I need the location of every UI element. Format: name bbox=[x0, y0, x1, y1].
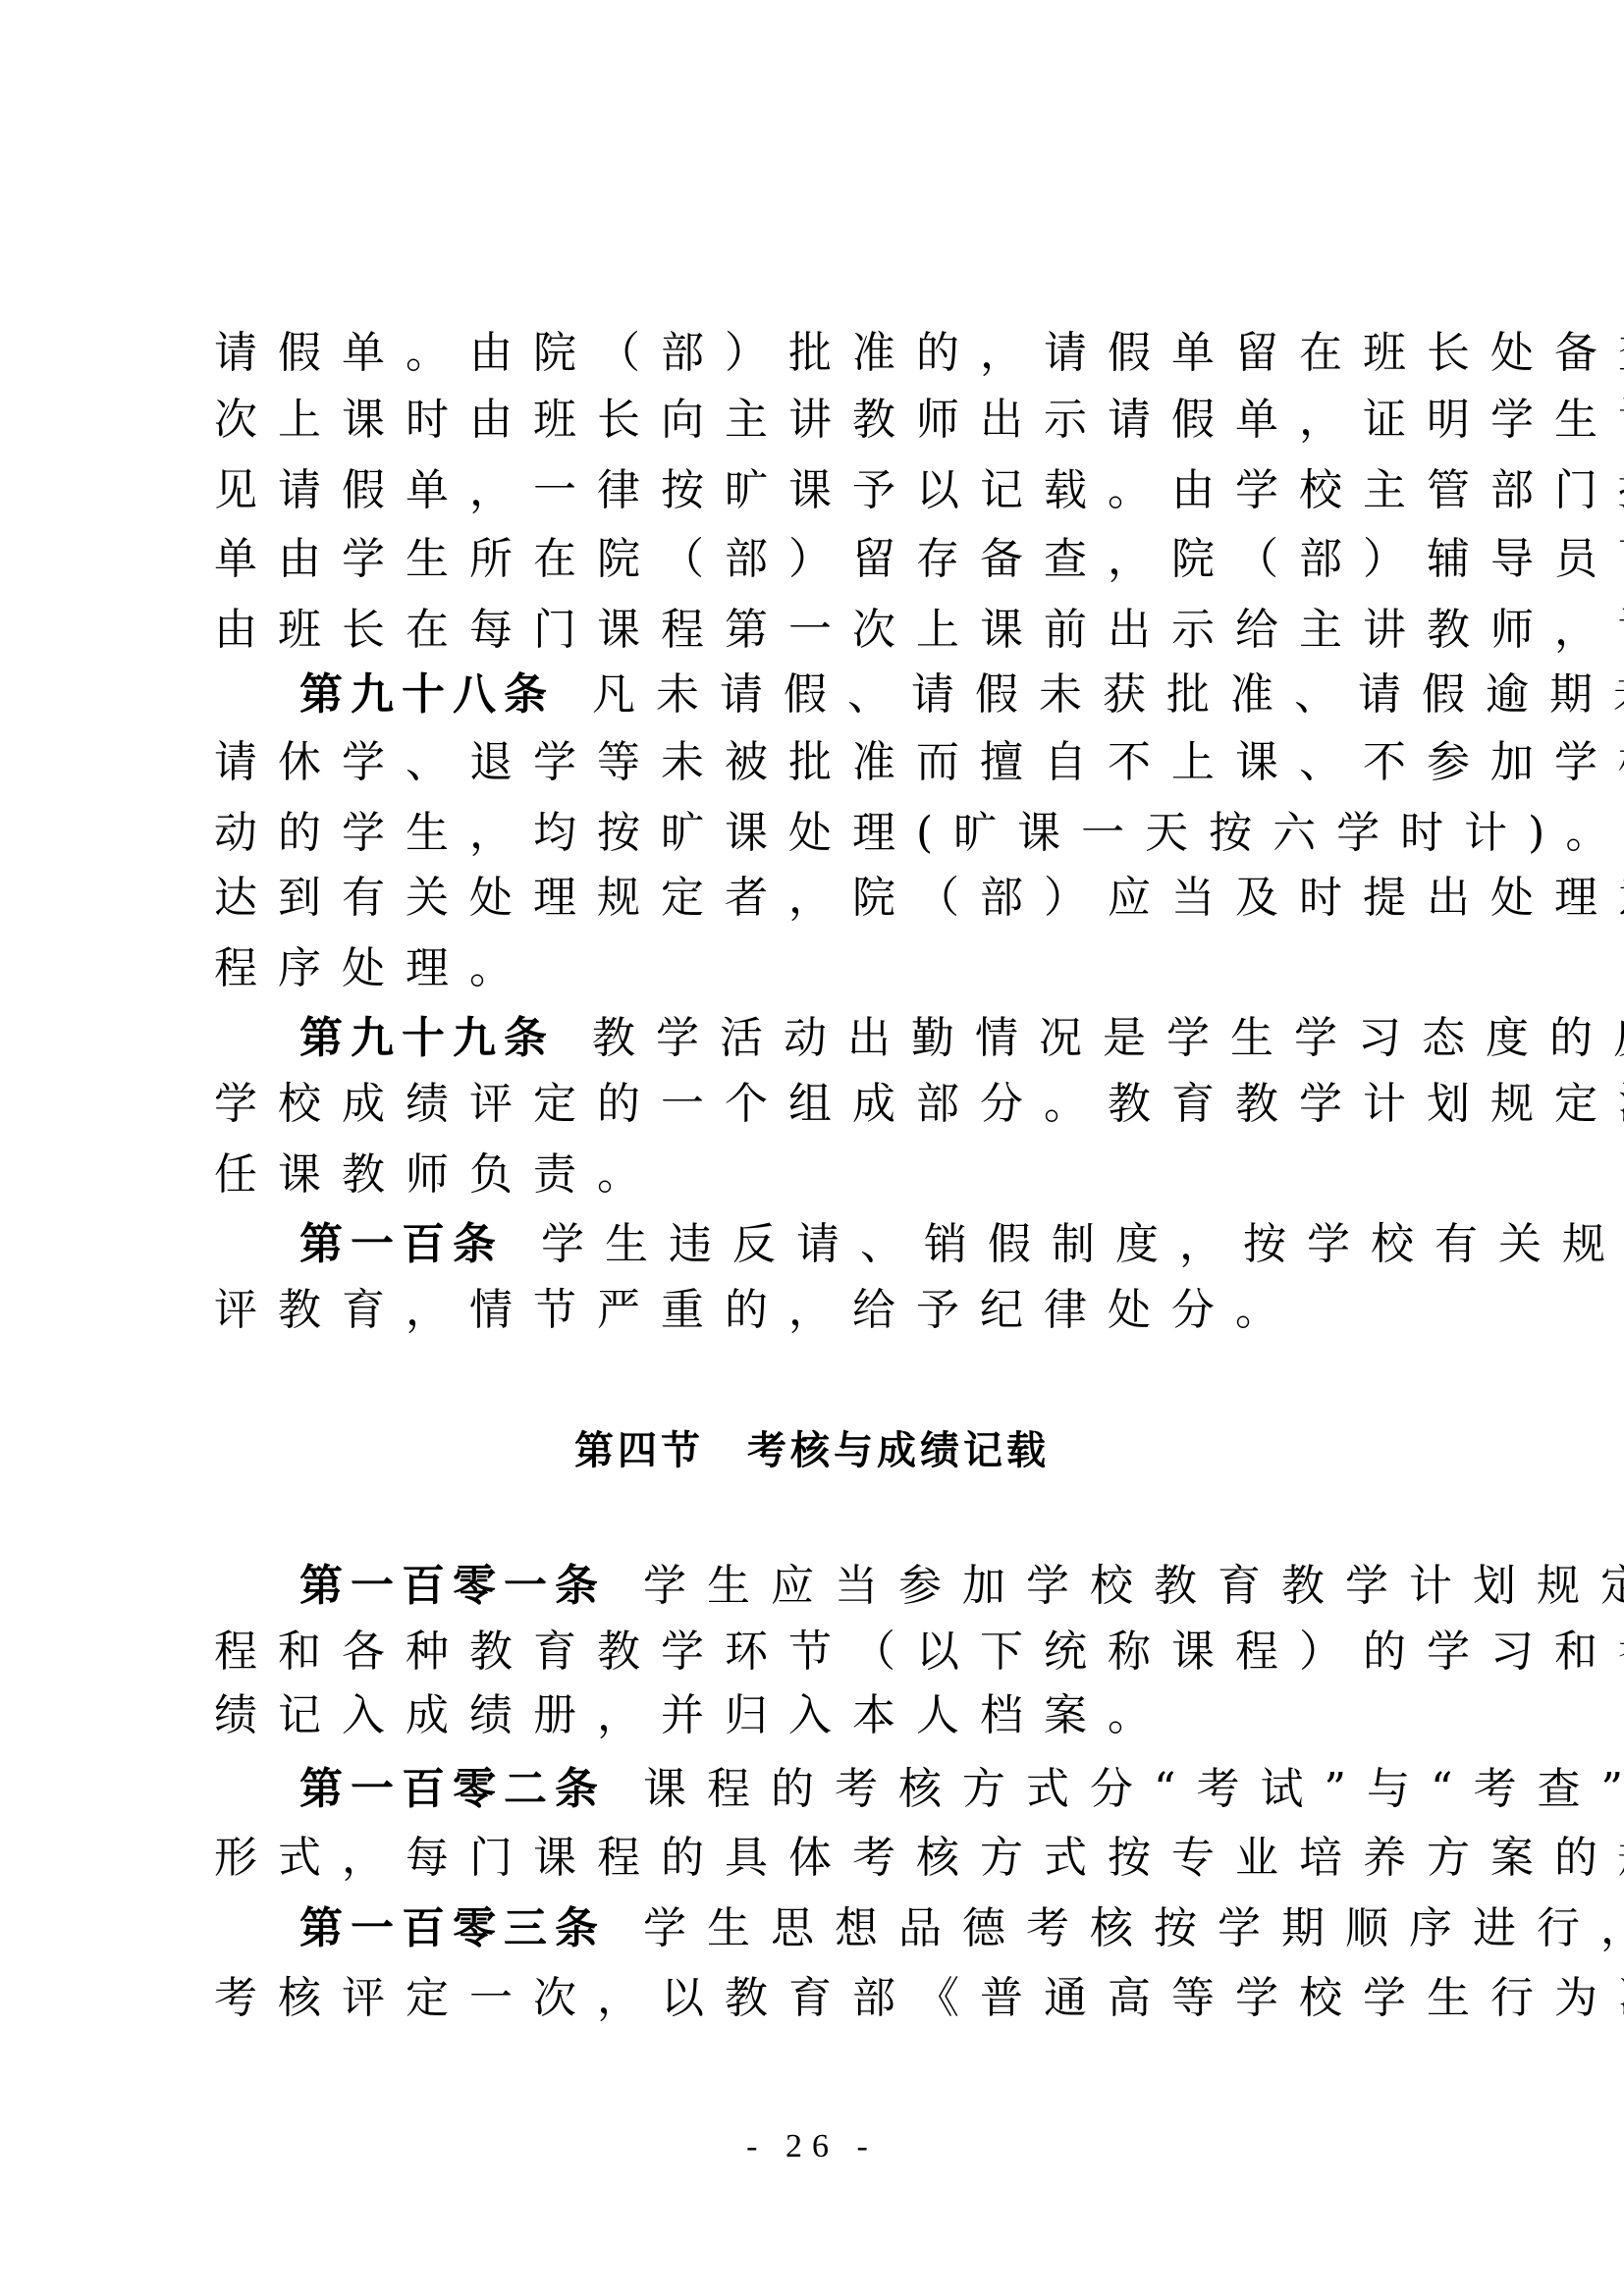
article-title: 第一百零一条 bbox=[299, 1561, 606, 1611]
paragraph-line: 单由学生所在院（部）留存备查，院（部）辅导员可出具说明书， bbox=[214, 530, 1624, 589]
article-title: 第九十八条 bbox=[299, 669, 555, 720]
article-100-first-line: 第一百条学生违反请、销假制度，按学校有关规定给予批 bbox=[299, 1215, 1624, 1274]
article-99-first-line: 第九十九条教学活动出勤情况是学生学习态度的反映，是 bbox=[299, 1009, 1624, 1068]
article-103-first-line: 第一百零三条学生思想品德考核按学期顺序进行，每学期 bbox=[299, 1899, 1624, 1958]
article-text: 课程的考核方式分“考试”与“考查”两种 bbox=[643, 1764, 1624, 1814]
article-102-first-line: 第一百零二条课程的考核方式分“考试”与“考查”两种 bbox=[299, 1760, 1624, 1819]
paragraph-line: 动的学生，均按旷课处理(旷课一天按六学时计)。对于缺勤累计 bbox=[214, 804, 1624, 863]
article-text: 教学活动出勤情况是学生学习态度的反映，是 bbox=[592, 1013, 1624, 1063]
paragraph-line: 学校成绩评定的一个组成部分。教育教学计划规定活动的考勤由 bbox=[214, 1075, 1624, 1134]
paragraph-line: 绩记入成绩册，并归入本人档案。 bbox=[214, 1686, 1171, 1745]
paragraph-line: 考核评定一次，以教育部《普通高等学校学生行为准则》和学生 bbox=[214, 1969, 1624, 2028]
section-heading: 第四节 考核与成绩记载 bbox=[0, 1421, 1624, 1480]
paragraph-line: 程序处理。 bbox=[214, 939, 533, 998]
paragraph-line: 由班长在每门课程第一次上课前出示给主讲教师，证明学生请假。 bbox=[214, 601, 1624, 660]
paragraph-line: 形式，每门课程的具体考核方式按专业培养方案的规定执行。 bbox=[214, 1829, 1624, 1888]
paragraph-line: 见请假单，一律按旷课予以记载。由学校主管部门批准的，请假 bbox=[214, 461, 1624, 520]
article-text: 学生违反请、销假制度，按学校有关规定给予批 bbox=[541, 1219, 1624, 1269]
article-text: 学生思想品德考核按学期顺序进行，每学期 bbox=[643, 1903, 1624, 1953]
paragraph-line: 评教育，情节严重的，给予纪律处分。 bbox=[214, 1281, 1299, 1340]
article-101-first-line: 第一百零一条学生应当参加学校教育教学计划规定的课 bbox=[299, 1557, 1624, 1616]
article-text: 学生应当参加学校教育教学计划规定的课 bbox=[643, 1561, 1624, 1611]
paragraph-line: 任课教师负责。 bbox=[214, 1146, 661, 1204]
paragraph-line: 次上课时由班长向主讲教师出示请假单，证明学生请假。教师未 bbox=[214, 391, 1624, 450]
paragraph-line: 程和各种教育教学环节（以下统称课程）的学习和考核，考核成 bbox=[214, 1623, 1624, 1682]
article-text: 凡未请假、请假未获批准、请假逾期未归或申 bbox=[592, 669, 1624, 720]
page-number: - 26 - bbox=[0, 2128, 1624, 2165]
paragraph-line: 请假单。由院（部）批准的，请假单留在班长处备查，每科第一 bbox=[214, 324, 1624, 383]
article-title: 第一百零二条 bbox=[299, 1764, 606, 1814]
paragraph-line: 请休学、退学等未被批准而擅自不上课、不参加学校统一组织活 bbox=[214, 733, 1624, 792]
article-title: 第九十九条 bbox=[299, 1013, 555, 1063]
article-title: 第一百条 bbox=[299, 1219, 504, 1269]
paragraph-line: 达到有关处理规定者，院（部）应当及时提出处理意见，按规定 bbox=[214, 869, 1624, 928]
article-98-first-line: 第九十八条凡未请假、请假未获批准、请假逾期未归或申 bbox=[299, 666, 1624, 724]
article-title: 第一百零三条 bbox=[299, 1903, 606, 1953]
